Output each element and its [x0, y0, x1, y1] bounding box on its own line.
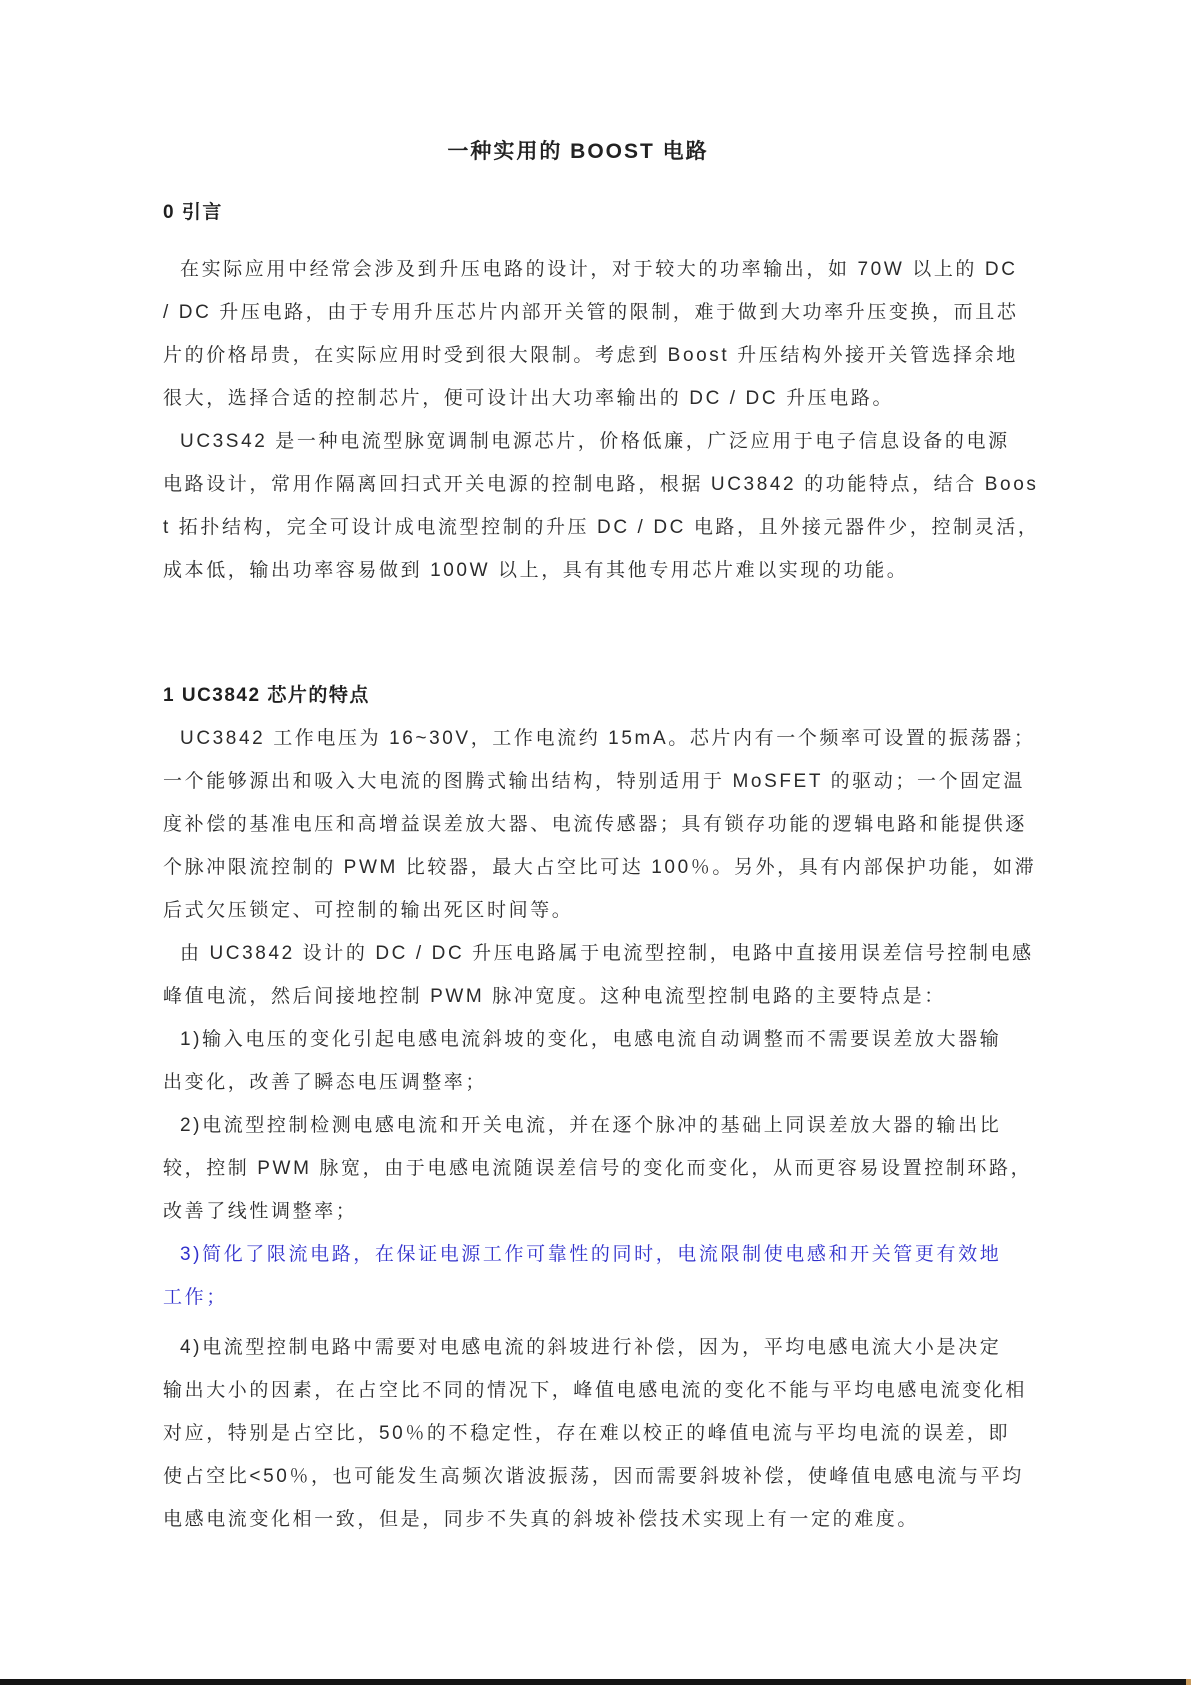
text-line: 成本低，输出功率容易做到 100W 以上，具有其他专用芯片难以实现的功能。 — [163, 549, 1035, 592]
text-line: 改善了线性调整率； — [163, 1190, 1035, 1233]
text-line: 在实际应用中经常会涉及到升压电路的设计，对于较大的功率输出，如 70W 以上的 … — [163, 248, 1035, 291]
feature-item-2: 2)电流型控制检测电感电流和开关电流，并在逐个脉冲的基础上同误差放大器的输出比 … — [163, 1104, 1035, 1233]
text-line: / DC 升压电路，由于专用升压芯片内部开关管的限制，难于做到大功率升压变换，而… — [163, 291, 1035, 334]
intro-paragraph-1: 在实际应用中经常会涉及到升压电路的设计，对于较大的功率输出，如 70W 以上的 … — [163, 248, 1035, 420]
text-line: 片的价格昂贵，在实际应用时受到很大限制。考虑到 Boost 升压结构外接开关管选… — [163, 334, 1035, 377]
text-line: UC3S42 是一种电流型脉宽调制电源芯片，价格低廉，广泛应用于电子信息设备的电… — [163, 420, 1035, 463]
text-line: 后式欠压锁定、可控制的输出死区时间等。 — [163, 889, 1035, 932]
text-line: 较，控制 PWM 脉宽，由于电感电流随误差信号的变化而变化，从而更容易设置控制环… — [163, 1147, 1035, 1190]
text-line: 使占空比<50％，也可能发生高频次谐波振荡，因而需要斜坡补偿，使峰值电感电流与平… — [163, 1455, 1035, 1498]
feature-item-3-highlighted: 3)简化了限流电路，在保证电源工作可靠性的同时，电流限制使电感和开关管更有效地 … — [163, 1233, 1035, 1319]
section1-paragraph-1: UC3842 工作电压为 16~30V，工作电流约 15mA。芯片内有一个频率可… — [163, 717, 1035, 932]
text-line: 2)电流型控制检测电感电流和开关电流，并在逐个脉冲的基础上同误差放大器的输出比 — [163, 1104, 1035, 1147]
document-content: 一种实用的 BOOST 电路 0 引言 在实际应用中经常会涉及到升压电路的设计，… — [163, 137, 1035, 1541]
text-line: 对应，特别是占空比，50％的不稳定性，存在难以校正的峰值电流与平均电流的误差，即 — [163, 1412, 1035, 1455]
text-line: 由 UC3842 设计的 DC / DC 升压电路属于电流型控制，电路中直接用误… — [163, 932, 1035, 975]
section1-paragraph-2: 由 UC3842 设计的 DC / DC 升压电路属于电流型控制，电路中直接用误… — [163, 932, 1035, 1018]
text-line: 工作； — [163, 1276, 1035, 1319]
text-line: 度补偿的基准电压和高增益误差放大器、电流传感器；具有锁存功能的逻辑电路和能提供逐 — [163, 803, 1035, 846]
text-line: t 拓扑结构，完全可设计成电流型控制的升压 DC / DC 电路，且外接元器件少… — [163, 506, 1035, 549]
text-line: 电路设计，常用作隔离回扫式开关电源的控制电路，根据 UC3842 的功能特点，结… — [163, 463, 1035, 506]
page-bottom-edge-bar — [0, 1679, 1191, 1685]
document-page: 一种实用的 BOOST 电路 0 引言 在实际应用中经常会涉及到升压电路的设计，… — [0, 0, 1191, 1685]
text-line: UC3842 工作电压为 16~30V，工作电流约 15mA。芯片内有一个频率可… — [163, 717, 1035, 760]
intro-paragraph-2: UC3S42 是一种电流型脉宽调制电源芯片，价格低廉，广泛应用于电子信息设备的电… — [163, 420, 1035, 592]
feature-item-1: 1)输入电压的变化引起电感电流斜坡的变化，电感电流自动调整而不需要误差放大器输 … — [163, 1018, 1035, 1104]
text-line: 3)简化了限流电路，在保证电源工作可靠性的同时，电流限制使电感和开关管更有效地 — [163, 1233, 1035, 1276]
text-line: 输出大小的因素，在占空比不同的情况下，峰值电感电流的变化不能与平均电感电流变化相 — [163, 1369, 1035, 1412]
text-line: 4)电流型控制电路中需要对电感电流的斜坡进行补偿，因为，平均电感电流大小是决定 — [163, 1326, 1035, 1369]
text-line: 个脉冲限流控制的 PWM 比较器，最大占空比可达 100％。另外，具有内部保护功… — [163, 846, 1035, 889]
text-line: 峰值电流，然后间接地控制 PWM 脉冲宽度。这种电流型控制电路的主要特点是： — [163, 975, 1035, 1018]
feature-item-4: 4)电流型控制电路中需要对电感电流的斜坡进行补偿，因为，平均电感电流大小是决定 … — [163, 1326, 1035, 1541]
bottom-edge-accent — [1186, 1679, 1191, 1685]
text-line: 电感电流变化相一致，但是，同步不失真的斜坡补偿技术实现上有一定的难度。 — [163, 1498, 1035, 1541]
text-line: 很大，选择合适的控制芯片，便可设计出大功率输出的 DC / DC 升压电路。 — [163, 377, 1035, 420]
text-line: 一个能够源出和吸入大电流的图腾式输出结构，特别适用于 MoSFET 的驱动；一个… — [163, 760, 1035, 803]
text-line: 出变化，改善了瞬态电压调整率； — [163, 1061, 1035, 1104]
section-heading-uc3842-features: 1 UC3842 芯片的特点 — [163, 674, 1035, 717]
text-line: 1)输入电压的变化引起电感电流斜坡的变化，电感电流自动调整而不需要误差放大器输 — [163, 1018, 1035, 1061]
section-heading-intro: 0 引言 — [163, 191, 1035, 234]
document-title: 一种实用的 BOOST 电路 — [163, 137, 993, 167]
